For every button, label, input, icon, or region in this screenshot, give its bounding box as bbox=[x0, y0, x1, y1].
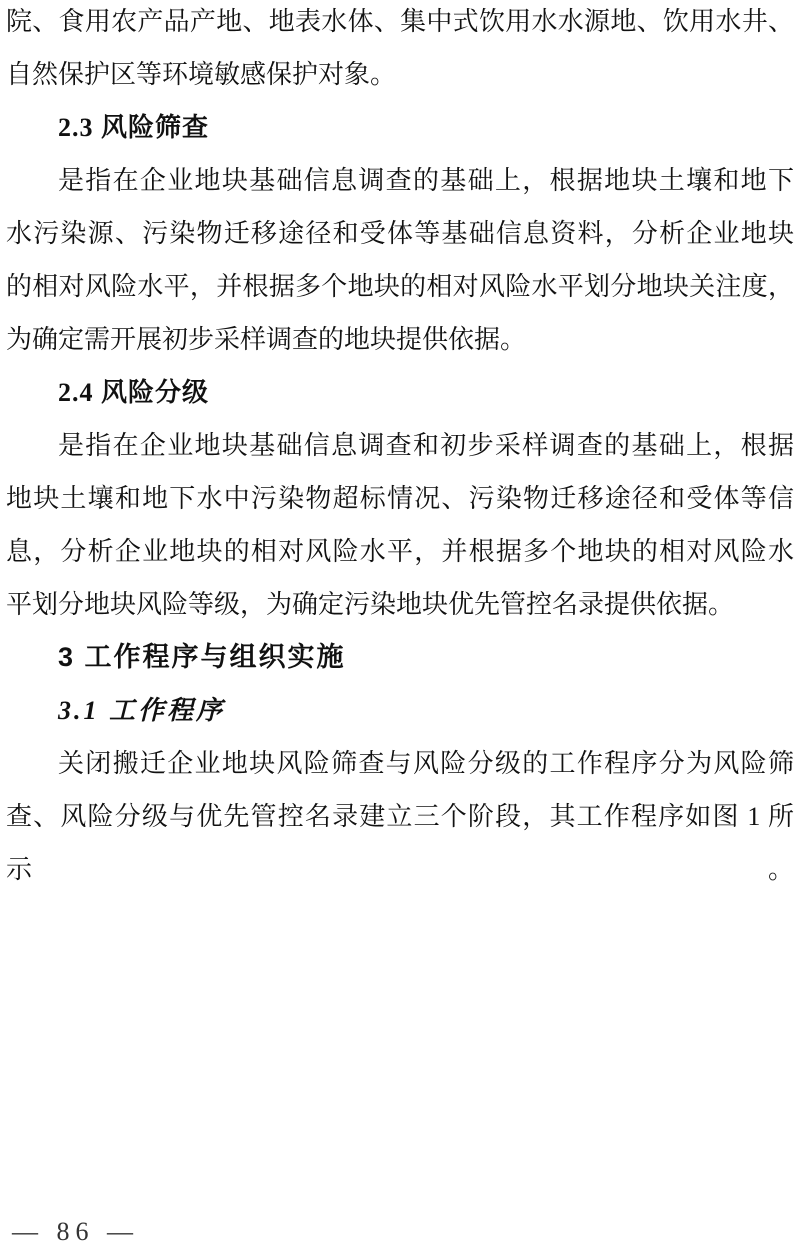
page-number: — 86 — bbox=[12, 1217, 139, 1246]
heading-3-1-work-procedure: 3.1 工作程序 bbox=[6, 684, 794, 737]
paragraph-risk-screening-definition-line: 是指在企业地块基础信息调查的基础上，根据地块土壤和地下 bbox=[6, 154, 794, 207]
paragraph-risk-grading-definition-line: 是指在企业地块基础信息调查和初步采样调查的基础上，根据 bbox=[6, 419, 794, 472]
heading-3-work-procedure-and-organization: 3 工作程序与组织实施 bbox=[6, 631, 794, 684]
document-page: 院、食用农产品产地、地表水体、集中式饮用水水源地、饮用水井、自然保护区等环境敏感… bbox=[0, 0, 800, 1259]
paragraph-risk-screening-definition-line: 水污染源、污染物迁移途径和受体等基础信息资料，分析企业地块 bbox=[6, 207, 794, 260]
paragraph-work-procedure-stages-line: 关闭搬迁企业地块风险筛查与风险分级的工作程序分为风险筛 bbox=[6, 737, 794, 790]
document-content: 院、食用农产品产地、地表水体、集中式饮用水水源地、饮用水井、自然保护区等环境敏感… bbox=[6, 0, 794, 896]
paragraph-risk-grading-definition-line: 地块土壤和地下水中污染物超标情况、污染物迁移途径和受体等信 bbox=[6, 472, 794, 525]
heading-2-4-risk-grading: 2.4 风险分级 bbox=[6, 366, 794, 419]
paragraph-continued-sensitive-targets-line: 院、食用农产品产地、地表水体、集中式饮用水水源地、饮用水井、 bbox=[6, 0, 794, 48]
paragraph-risk-screening-definition-line: 为确定需开展初步采样调查的地块提供依据。 bbox=[6, 313, 794, 366]
paragraph-risk-grading-definition-line: 息，分析企业地块的相对风险水平，并根据多个地块的相对风险水 bbox=[6, 525, 794, 578]
heading-2-3-risk-screening: 2.3 风险筛查 bbox=[6, 101, 794, 154]
paragraph-work-procedure-stages-line: 查、风险分级与优先管控名录建立三个阶段，其工作程序如图 1 所示。 bbox=[6, 790, 794, 896]
paragraph-risk-screening-definition-line: 的相对风险水平，并根据多个地块的相对风险水平划分地块关注度， bbox=[6, 260, 794, 313]
page-footer: — 86 — bbox=[12, 1217, 139, 1247]
paragraph-continued-sensitive-targets-line: 自然保护区等环境敏感保护对象。 bbox=[6, 48, 794, 101]
paragraph-risk-grading-definition-line: 平划分地块风险等级，为确定污染地块优先管控名录提供依据。 bbox=[6, 578, 794, 631]
